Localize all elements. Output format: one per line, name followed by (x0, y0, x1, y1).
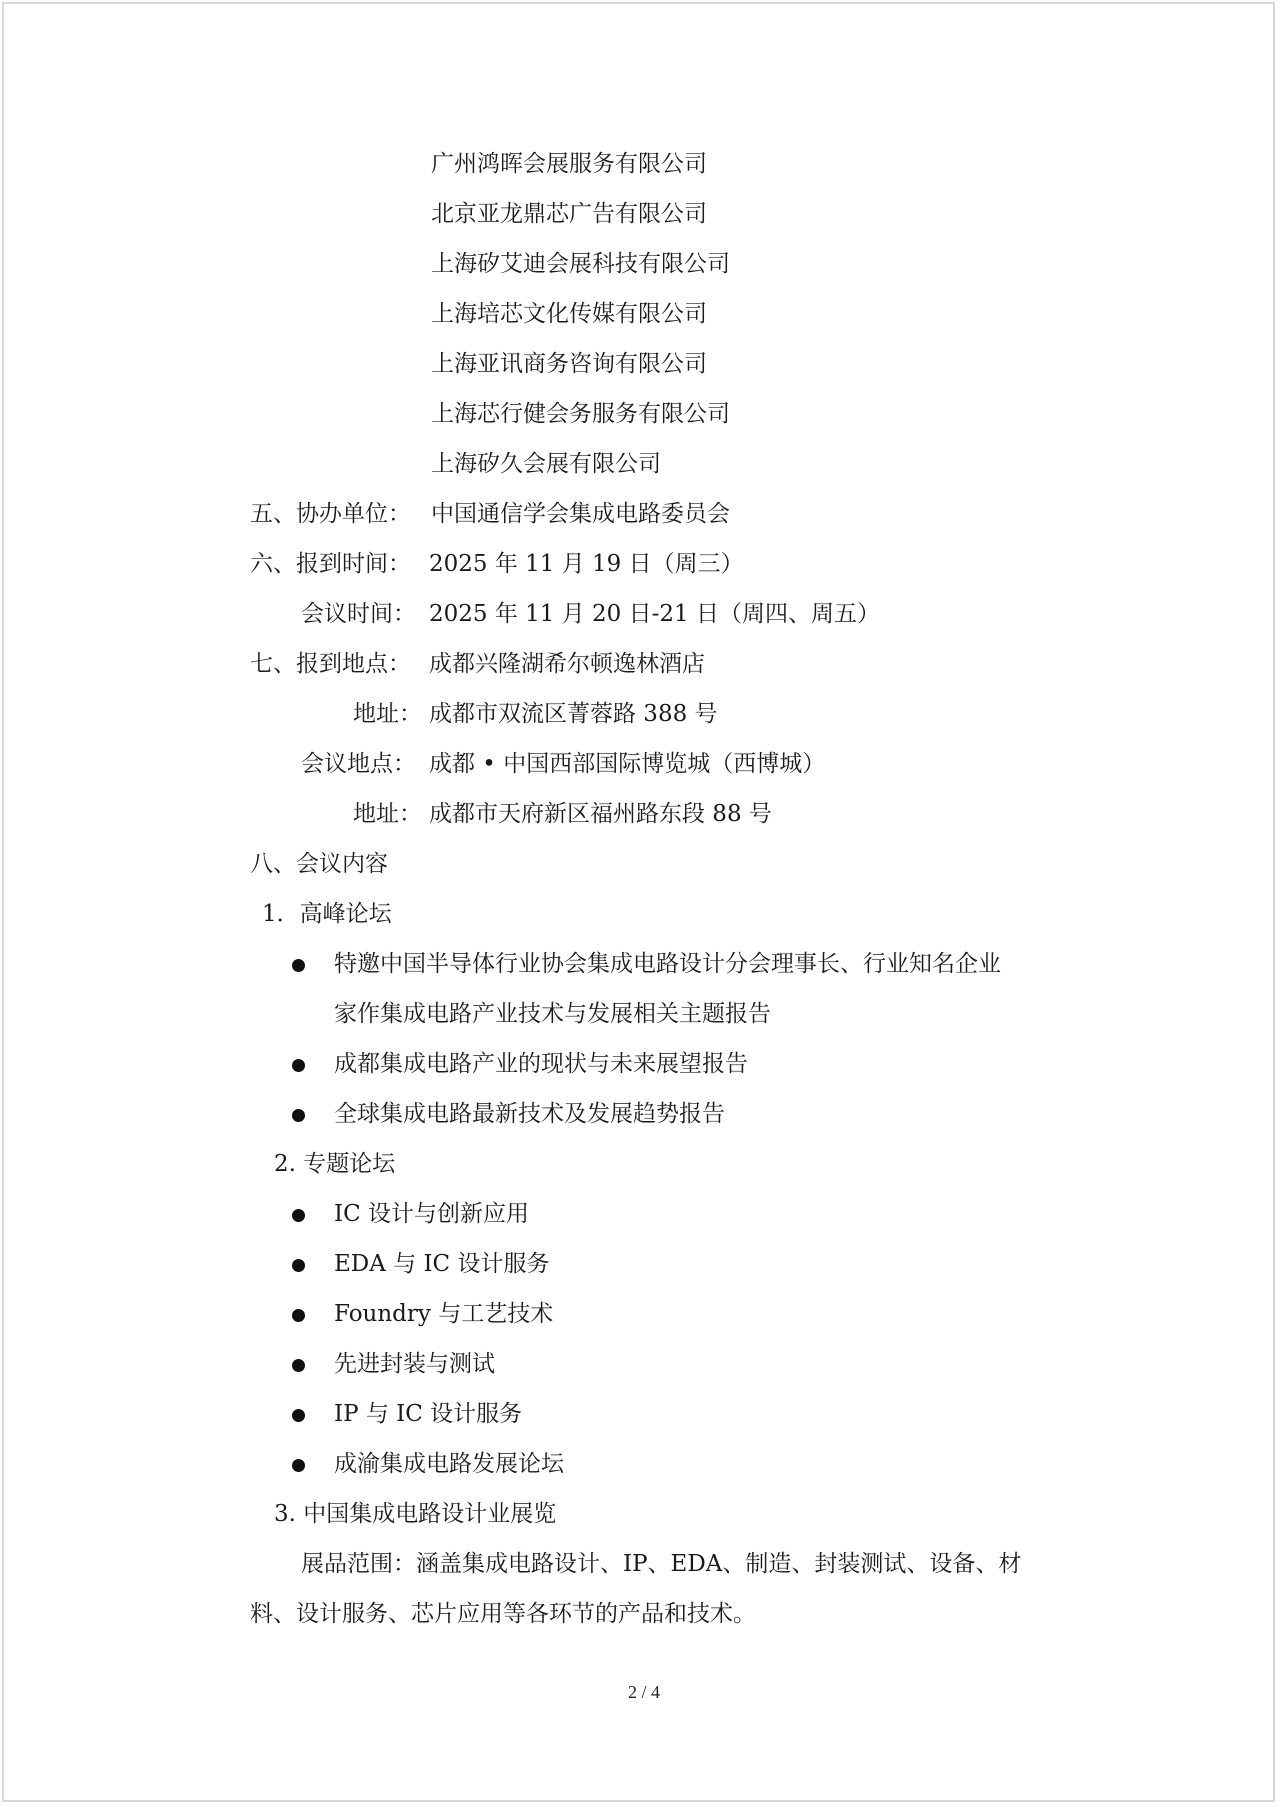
expo-scope-line2: 料、设计服务、芯片应用等各环节的产品和技术。 (250, 1599, 756, 1629)
registration-address-label: 地址： (353, 699, 422, 729)
registration-place-value: 成都兴隆湖希尔顿逸林酒店 (429, 649, 705, 679)
meeting-address-value: 成都市天府新区福州路东段 88 号 (429, 799, 772, 829)
company-item: 上海矽久会展有限公司 (431, 449, 661, 479)
bullet-icon (292, 1209, 305, 1222)
bullet-icon (292, 1309, 305, 1322)
document-page: 广州鸿晖会展服务有限公司 北京亚龙鼎芯广告有限公司 上海矽艾迪会展科技有限公司 … (2, 2, 1275, 1802)
co-organizer-label: 五、协办单位： (250, 499, 411, 529)
bullet-icon (292, 1059, 305, 1072)
bullet-icon (292, 1259, 305, 1272)
company-item: 上海芯行健会务服务有限公司 (431, 399, 730, 429)
meeting-time-value: 2025 年 11 月 20 日-21 日（周四、周五） (429, 599, 880, 629)
page-number: 2 / 4 (4, 1682, 1280, 1703)
special-forum-item: Foundry 与工艺技术 (334, 1299, 553, 1329)
registration-address-value: 成都市双流区菁蓉路 388 号 (429, 699, 718, 729)
company-item: 上海培芯文化传媒有限公司 (431, 299, 707, 329)
registration-place-label: 七、报到地点： (250, 649, 411, 679)
content-heading: 八、会议内容 (250, 849, 388, 879)
company-item: 上海矽艾迪会展科技有限公司 (431, 249, 730, 279)
meeting-address-label: 地址： (353, 799, 422, 829)
expo-title: 3. 中国集成电路设计业展览 (274, 1499, 556, 1529)
registration-time-value: 2025 年 11 月 19 日（周三） (429, 549, 744, 579)
special-forum-item: IP 与 IC 设计服务 (334, 1399, 522, 1429)
registration-time-label: 六、报到时间： (250, 549, 411, 579)
company-item: 北京亚龙鼎芯广告有限公司 (431, 199, 707, 229)
special-forum-item: EDA 与 IC 设计服务 (334, 1249, 549, 1279)
summit-item-continuation: 家作集成电路产业技术与发展相关主题报告 (334, 999, 771, 1029)
meeting-time-label: 会议时间： (301, 599, 416, 629)
summit-item: 特邀中国半导体行业协会集成电路设计分会理事长、行业知名企业 (334, 949, 1001, 979)
special-forum-title: 2. 专题论坛 (274, 1149, 395, 1179)
co-organizer-value: 中国通信学会集成电路委员会 (431, 499, 730, 529)
special-forum-item: IC 设计与创新应用 (334, 1199, 529, 1229)
meeting-place-value: 成都 • 中国西部国际博览城（西博城） (429, 749, 825, 779)
bullet-icon (292, 959, 305, 972)
company-item: 广州鸿晖会展服务有限公司 (431, 149, 707, 179)
meeting-place-label: 会议地点： (301, 749, 416, 779)
bullet-icon (292, 1359, 305, 1372)
special-forum-item: 先进封装与测试 (334, 1349, 495, 1379)
bullet-icon (292, 1109, 305, 1122)
summit-item: 全球集成电路最新技术及发展趋势报告 (334, 1099, 725, 1129)
summit-item: 成都集成电路产业的现状与未来展望报告 (334, 1049, 748, 1079)
expo-scope-line1: 展品范围：涵盖集成电路设计、IP、EDA、制造、封装测试、设备、材 (301, 1549, 1021, 1579)
bullet-icon (292, 1459, 305, 1472)
summit-title: 1．高峰论坛 (262, 899, 392, 929)
company-item: 上海亚讯商务咨询有限公司 (431, 349, 707, 379)
special-forum-item: 成渝集成电路发展论坛 (334, 1449, 564, 1479)
bullet-icon (292, 1409, 305, 1422)
